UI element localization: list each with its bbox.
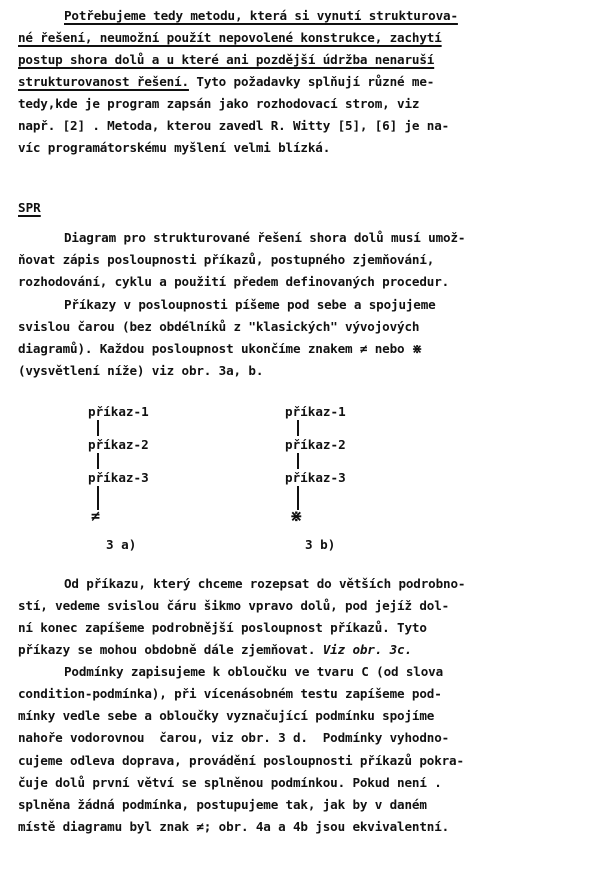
paragraph5-line8: místě diagramu byl znak ≠; obr. 4a a 4b … [18, 819, 449, 835]
paragraph1-line1: Potřebujeme tedy metodu, která si vynutí… [64, 8, 458, 24]
paragraph3-line4: (vysvětlení níže) viz obr. 3a, b. [18, 363, 263, 379]
paragraph1-line7: víc programátorskému myšlení velmi blízk… [18, 140, 330, 156]
paragraph5-line4: nahoře vodorovnou čarou, viz obr. 3 d. P… [18, 730, 449, 746]
paragraph1-line4-rest: Tyto požadavky splňují různé me- [189, 74, 434, 89]
paragraph5-line7: splněna žádná podmínka, postupujeme tak,… [18, 797, 427, 813]
paragraph2-line1: Diagram pro strukturované řešení shora d… [64, 230, 465, 246]
paragraph5-line6: čuje dolů první větví se splněnou podmín… [18, 775, 442, 791]
end-sequence-icon: ≠ [91, 508, 100, 524]
paragraph1-line6: např. [2] . Metoda, kterou zavedl R. Wit… [18, 118, 449, 134]
underlined-phrase: strukturovanost řešení. [18, 74, 189, 89]
figure-3b-command-2: příkaz-2 [285, 437, 346, 453]
paragraph1-line4: strukturovanost řešení. Tyto požadavky s… [18, 74, 434, 90]
section-heading: SPR [18, 200, 41, 215]
paragraph4-line4-text: příkazy se mohou obdobně dále zjemňovat. [18, 642, 323, 657]
figure-3b-caption: 3 b) [305, 537, 335, 552]
paragraph5-line3: mínky vedle sebe a obloučky vyznačující … [18, 708, 434, 724]
paragraph5-line1: Podmínky zapisujeme k obloučku ve tvaru … [64, 664, 443, 680]
paragraph4-line4: příkazy se mohou obdobně dále zjemňovat.… [18, 642, 412, 658]
figure-3a-command-1: příkaz-1 [88, 404, 149, 420]
figure-3a-caption: 3 a) [106, 537, 136, 552]
figure-reference: Viz obr. 3c. [323, 642, 412, 657]
paragraph2-line2: ňovat zápis posloupnosti příkazů, postup… [18, 252, 434, 268]
figure-3b-connector [297, 420, 299, 436]
figure-3b-command-3: příkaz-3 [285, 470, 346, 486]
paragraph2-line3: rozhodování, cyklu a použití předem defi… [18, 274, 449, 290]
paragraph4-line1: Od příkazu, který chceme rozepsat do vět… [64, 576, 465, 592]
paragraph3-line1: Příkazy v posloupnosti píšeme pod sebe a… [64, 297, 436, 313]
figure-3b-connector [297, 453, 299, 469]
paragraph5-line2: condition-podmínka), při vícenásobném te… [18, 686, 442, 702]
paragraph4-line3: ní konec zapíšeme podrobnější posloupnos… [18, 620, 427, 636]
figure-3b-command-1: příkaz-1 [285, 404, 346, 420]
paragraph3-line3: diagramů). Každou posloupnost ukončíme z… [18, 341, 422, 357]
paragraph4-line2: stí, vedeme svislou čáru šikmo vpravo do… [18, 598, 449, 614]
figure-3a-connector [97, 453, 99, 469]
figure-3a-command-2: příkaz-2 [88, 437, 149, 453]
figure-3a-command-3: příkaz-3 [88, 470, 149, 486]
paragraph5-line5: cujeme odleva doprava, provádění posloup… [18, 753, 464, 769]
paragraph3-line2: svislou čarou (bez obdélníků z "klasický… [18, 319, 419, 335]
paragraph1-line2: né řešení, neumožní použít nepovolené ko… [18, 30, 442, 46]
paragraph1-line3: postup shora dolů a u které ani pozdější… [18, 52, 434, 68]
paragraph1-line5: tedy,kde je program zapsán jako rozhodov… [18, 96, 419, 112]
figure-3a-connector [97, 420, 99, 436]
end-loop-icon: ⋇ [290, 508, 303, 524]
